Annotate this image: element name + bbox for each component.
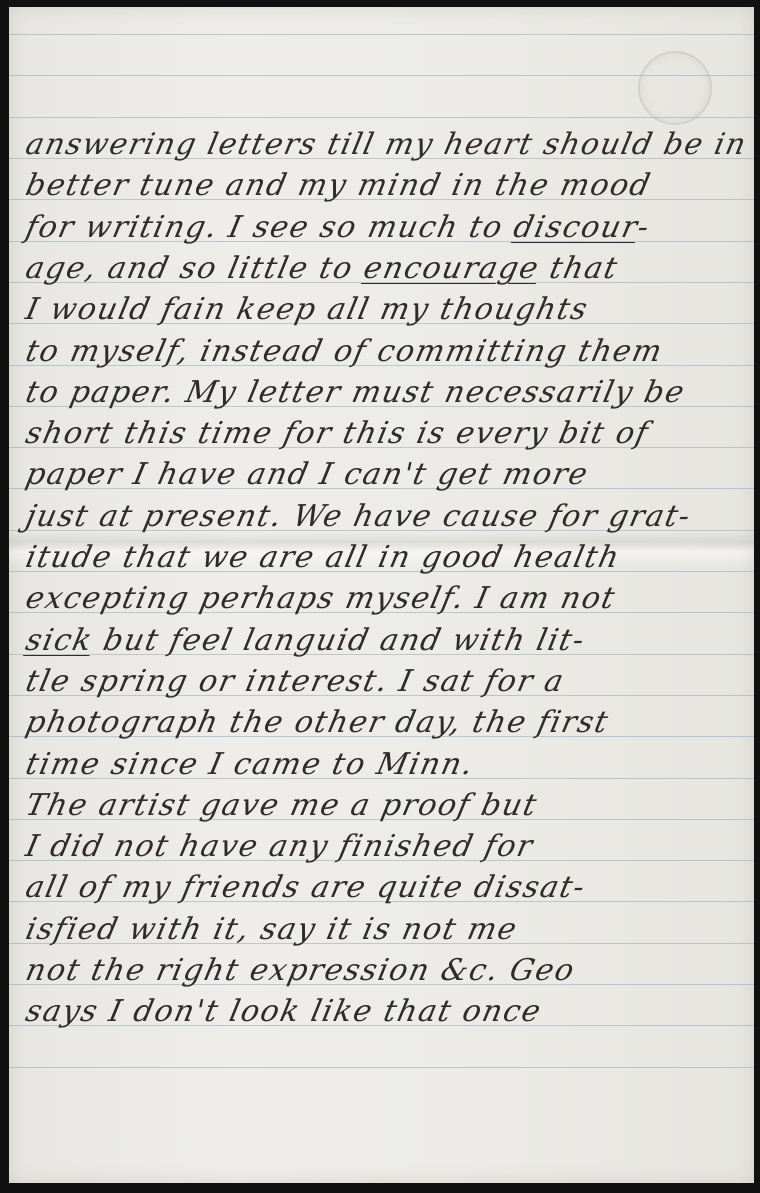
ruled-line: [9, 1067, 754, 1068]
line-text: time since I came to Minn.: [23, 747, 478, 782]
handwritten-line: better tune and my mind in the mood: [23, 171, 654, 201]
handwritten-line: photograph the other day, the first: [23, 708, 612, 738]
handwritten-line: to myself, instead of committing them: [23, 337, 666, 367]
handwritten-line: all of my friends are quite dissat-: [23, 873, 589, 903]
line-text: short this time for this is every bit of: [23, 416, 653, 451]
handwritten-line: just at present. We have cause for grat-: [23, 502, 694, 532]
handwritten-text-block: answering letters till my heart should b…: [9, 7, 754, 1183]
handwritten-line: short this time for this is every bit of: [23, 419, 652, 449]
handwritten-line: time since I came to Minn.: [23, 750, 477, 780]
line-text: to paper. My letter must necessarily be: [23, 375, 689, 410]
handwritten-line: tle spring or interest. I sat for a: [23, 667, 567, 697]
underlined-word: sick: [23, 623, 97, 658]
line-text: I would fain keep all my thoughts: [23, 292, 592, 327]
line-text: for writing. I see so much to: [23, 210, 518, 245]
handwritten-line: paper I have and I can't get more: [23, 460, 591, 490]
line-text: excepting perhaps myself. I am not: [23, 581, 620, 616]
line-text: to myself, instead of committing them: [23, 334, 667, 369]
handwritten-line: not the right expression &c. Geo: [23, 956, 578, 986]
line-text: isfied with it, say it is not me: [23, 912, 521, 947]
line-text: paper I have and I can't get more: [23, 457, 592, 492]
line-text: itude that we are all in good health: [23, 540, 624, 575]
handwritten-line: answering letters till my heart should b…: [23, 130, 750, 160]
line-text: just at present. We have cause for grat-: [23, 499, 695, 534]
handwritten-line: I did not have any finished for: [23, 832, 536, 862]
handwritten-line: sick but feel languid and with lit-: [23, 626, 588, 656]
scan-border: answering letters till my heart should b…: [0, 0, 760, 1193]
line-text: answering letters till my heart should b…: [23, 127, 751, 161]
handwritten-line: says I don't look like that once: [23, 997, 544, 1027]
handwritten-line: isfied with it, say it is not me: [23, 915, 520, 945]
line-text: photograph the other day, the first: [23, 705, 613, 740]
handwritten-line: I would fain keep all my thoughts: [23, 295, 591, 325]
ruled-line: [9, 75, 754, 76]
line-text: not the right expression &c. Geo: [23, 953, 579, 988]
underlined-word: discour: [510, 210, 641, 245]
line-text: better tune and my mind in the mood: [23, 168, 655, 203]
handwritten-line: for writing. I see so much to discour-: [23, 213, 653, 243]
handwritten-line: excepting perhaps myself. I am not: [23, 584, 619, 614]
line-text: but feel languid and with lit-: [89, 623, 589, 658]
handwritten-line: The artist gave me a proof but: [23, 791, 540, 821]
ruled-line: [9, 117, 754, 118]
line-text: that: [535, 251, 621, 286]
handwritten-line: to paper. My letter must necessarily be: [23, 378, 688, 408]
line-text: all of my friends are quite dissat-: [23, 870, 590, 905]
letter-page: answering letters till my heart should b…: [9, 7, 754, 1183]
underlined-word: encourage: [360, 251, 542, 286]
line-text: age, and so little to: [23, 251, 368, 286]
handwritten-line: age, and so little to encourage that: [23, 254, 621, 284]
line-text: I did not have any finished for: [23, 829, 537, 864]
line-text: tle spring or interest. I sat for a: [23, 664, 568, 699]
line-text: The artist gave me a proof but: [23, 788, 541, 823]
handwritten-line: itude that we are all in good health: [23, 543, 623, 573]
ruled-line: [9, 34, 754, 35]
line-text: says I don't look like that once: [23, 994, 546, 1029]
